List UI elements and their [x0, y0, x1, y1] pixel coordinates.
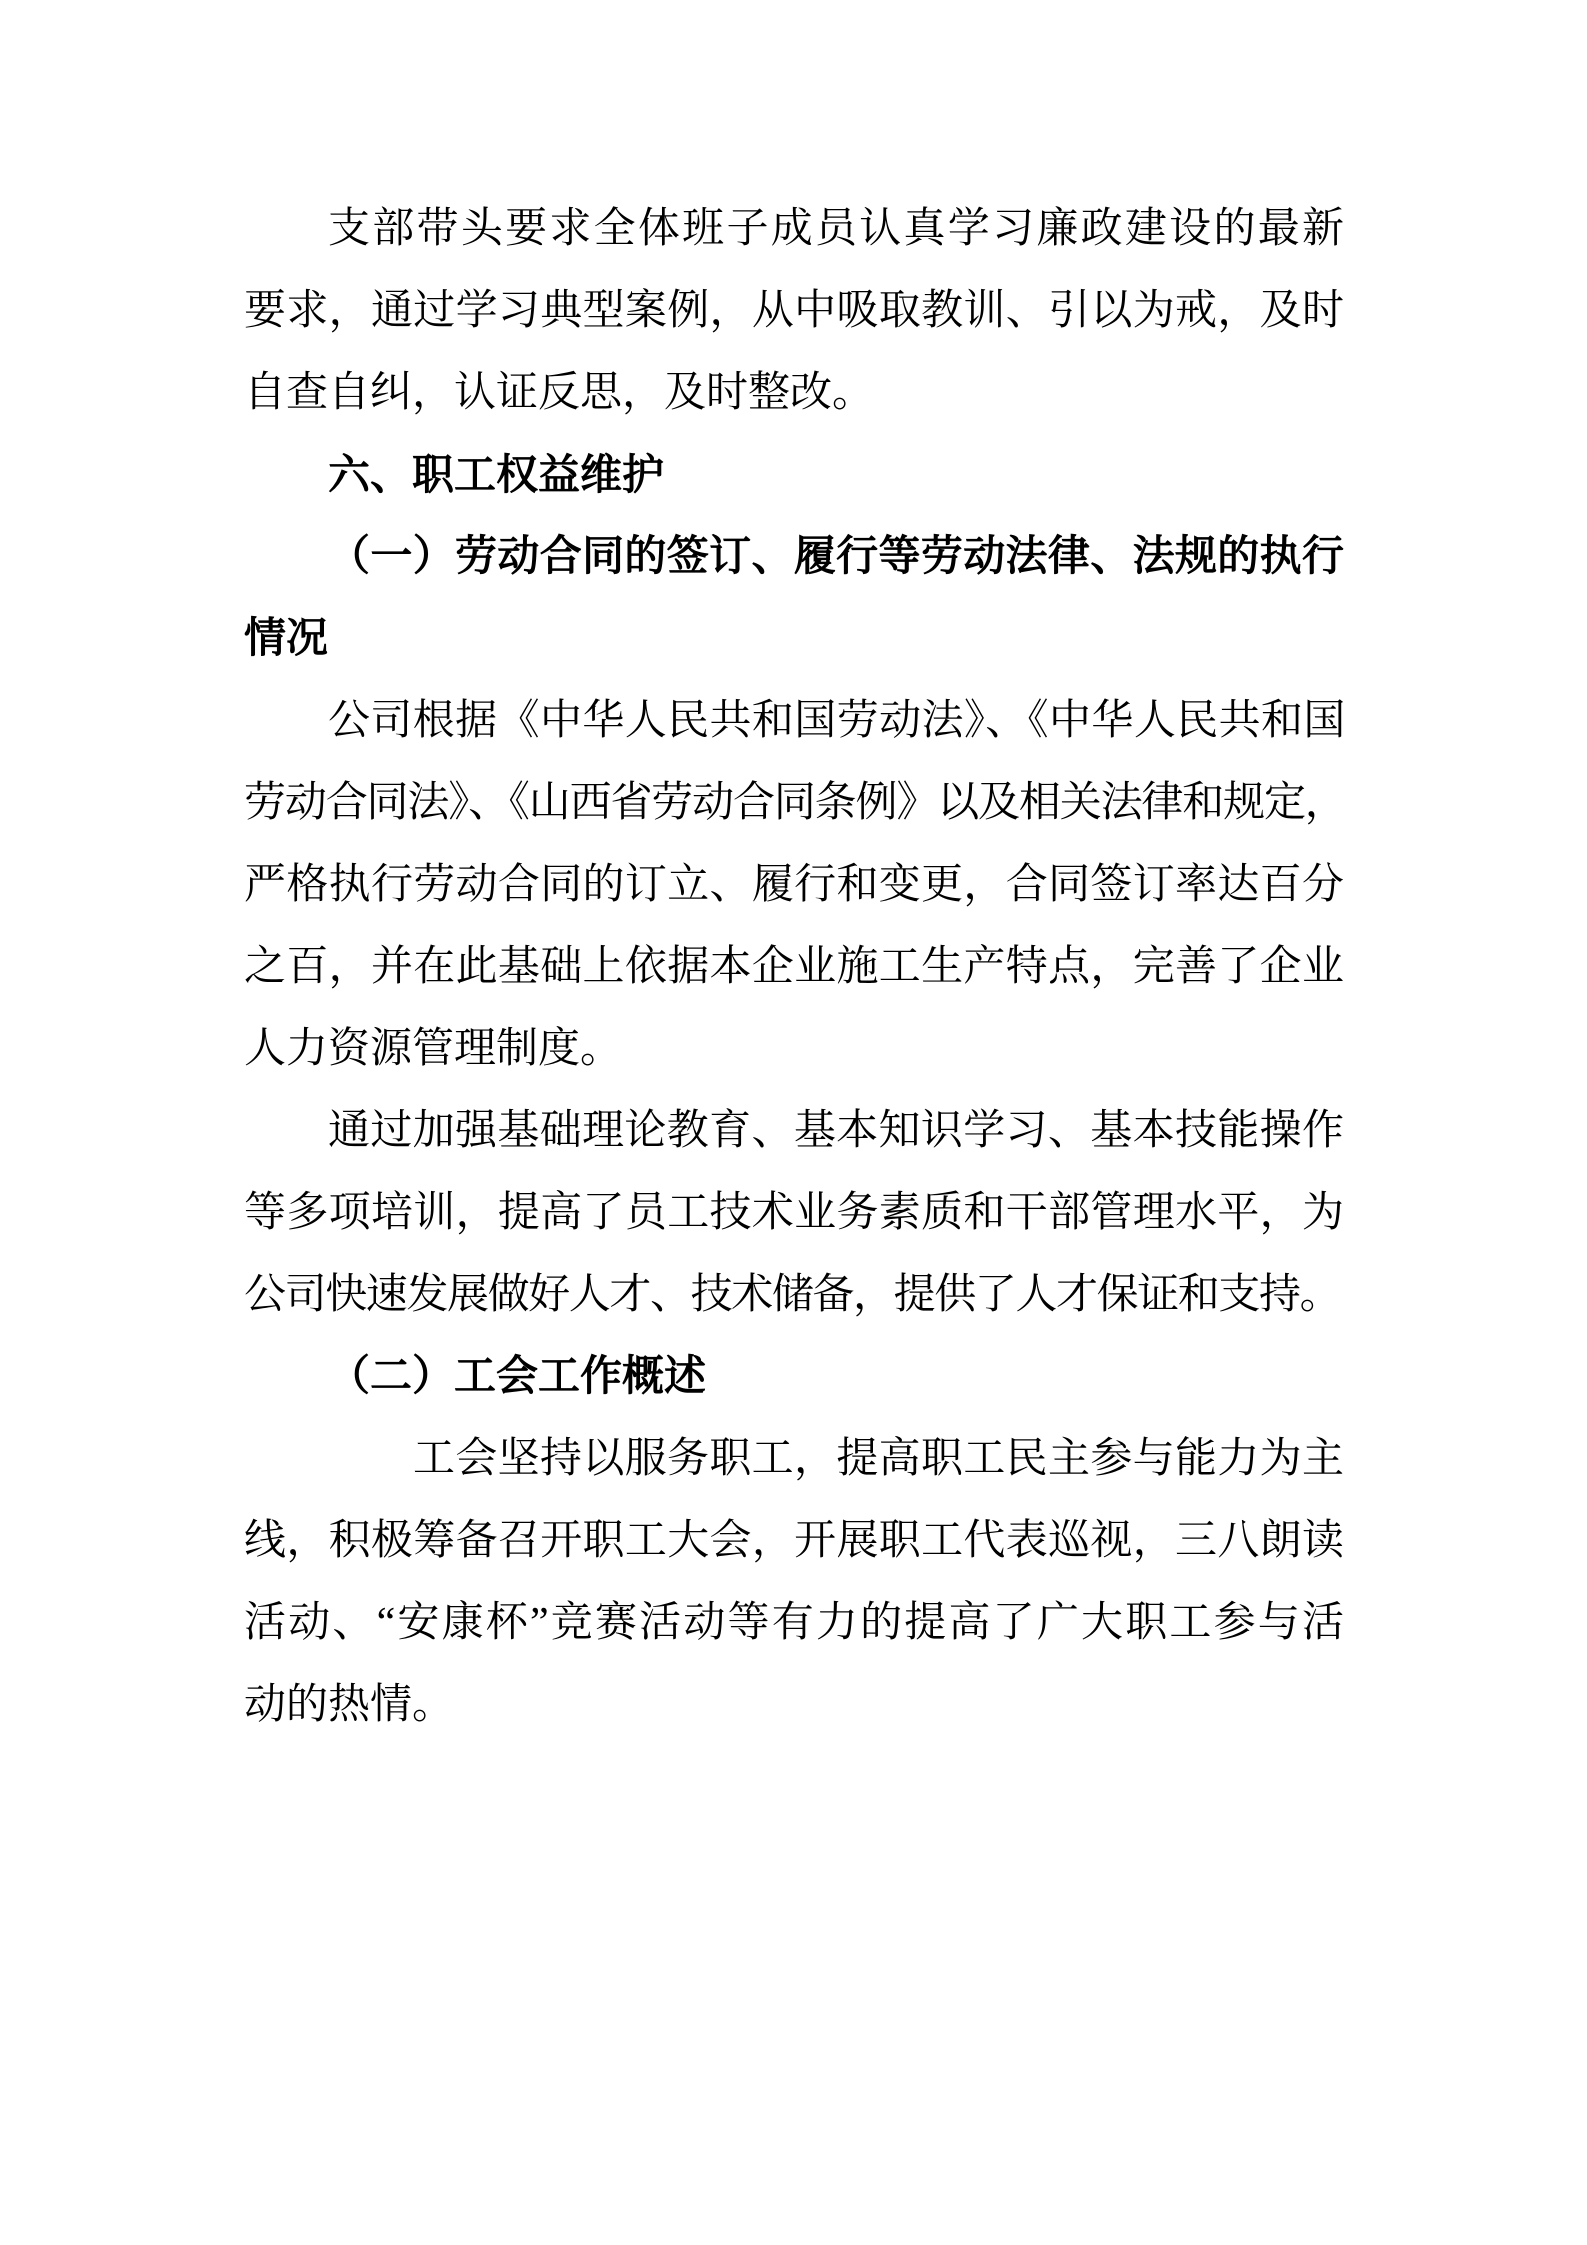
document-body: 支部带头要求全体班子成员认真学习廉政建设的最新 要求，通过学习典型案例，从中吸取…	[244, 188, 1344, 1746]
body-text-line: 活动、“安康杯”竞赛活动等有力的提高了广大职工参与活	[244, 1582, 1344, 1664]
body-text-line: 动的热情。	[244, 1664, 1344, 1746]
body-text-line: 自查自纠，认证反思，及时整改。	[244, 352, 1344, 434]
body-text-line: 公司根据《中华人民共和国劳动法》、《中华人民共和国	[244, 680, 1344, 762]
body-text-line: 之百，并在此基础上依据本企业施工生产特点，完善了企业	[244, 926, 1344, 1008]
body-text-line: 通过加强基础理论教育、基本知识学习、基本技能操作	[244, 1090, 1344, 1172]
subsection-heading: 情况	[244, 598, 1344, 680]
body-text-line: 等多项培训，提高了员工技术业务素质和干部管理水平，为	[244, 1172, 1344, 1254]
body-text-line: 劳动合同法》、《山西省劳动合同条例》以及相关法律和规定，	[244, 762, 1344, 844]
subsection-heading: （一）劳动合同的签订、履行等劳动法律、法规的执行	[244, 516, 1344, 598]
body-text-line: 人力资源管理制度。	[244, 1008, 1344, 1090]
body-text-line: 严格执行劳动合同的订立、履行和变更，合同签订率达百分	[244, 844, 1344, 926]
body-text-line: 要求，通过学习典型案例，从中吸取教训、引以为戒，及时	[244, 270, 1344, 352]
section-heading: 六、职工权益维护	[244, 434, 1344, 516]
body-text-line: 线，积极筹备召开职工大会，开展职工代表巡视，三八朗读	[244, 1500, 1344, 1582]
body-text-line: 工会坚持以服务职工，提高职工民主参与能力为主	[244, 1418, 1344, 1500]
document-page: 支部带头要求全体班子成员认真学习廉政建设的最新 要求，通过学习典型案例，从中吸取…	[0, 0, 1587, 2245]
body-text-line: 支部带头要求全体班子成员认真学习廉政建设的最新	[244, 188, 1344, 270]
body-text-line: 公司快速发展做好人才、技术储备，提供了人才保证和支持。	[244, 1254, 1344, 1336]
subsection-heading: （二）工会工作概述	[244, 1336, 1344, 1418]
